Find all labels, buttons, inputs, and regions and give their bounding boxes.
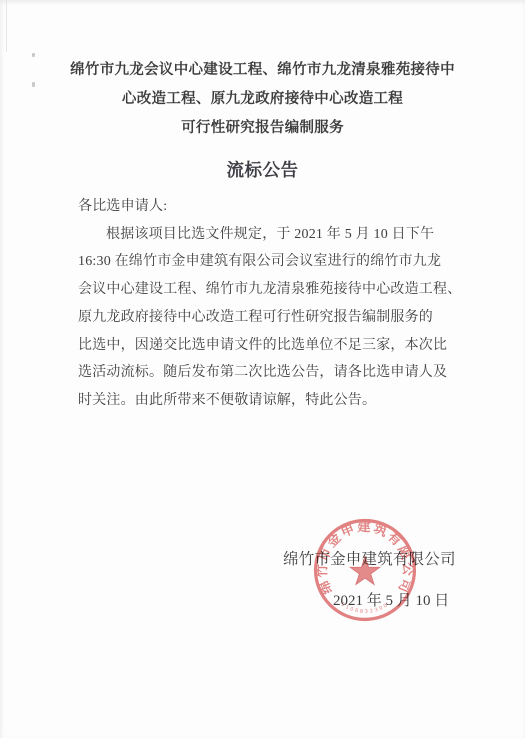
- title-line-2: 心改造工程、原九龙政府接待中心改造工程: [0, 85, 525, 114]
- notice-heading: 流标公告: [0, 157, 525, 182]
- body-line: 原九龙政府接待中心改造工程可行性研究报告编制服务的: [78, 304, 456, 332]
- body-line: 会议中心建设工程、绵竹市九龙清泉雅苑接待中心改造工程、: [78, 276, 456, 304]
- body-line: 选活动流标。随后发布第二次比选公告，请各比选申请人及: [78, 359, 456, 387]
- document-title: 绵竹市九龙会议中心建设工程、绵竹市九龙清泉雅苑接待中 心改造工程、原九龙政府接待…: [0, 56, 525, 142]
- title-line-1: 绵竹市九龙会议中心建设工程、绵竹市九龙清泉雅苑接待中: [0, 56, 525, 85]
- body-line: 比选中，因递交比选申请文件的比选单位不足三家，本次比: [78, 332, 456, 360]
- scanned-document-page: 绵竹市九龙会议中心建设工程、绵竹市九龙清泉雅苑接待中 心改造工程、原九龙政府接待…: [0, 0, 525, 738]
- issue-date: 2021 年 5 月 10 日: [333, 589, 449, 610]
- salutation-line: 各比选申请人:: [78, 193, 456, 221]
- issuer-company-name: 绵竹市金申建筑有限公司: [283, 547, 456, 569]
- body-line: 根据该项目比选文件规定，于 2021 年 5 月 10 日下午: [78, 221, 456, 249]
- notice-body: 各比选申请人: 根据该项目比选文件规定，于 2021 年 5 月 10 日下午 …: [78, 193, 456, 415]
- body-line: 16:30 在绵竹市金申建筑有限公司会议室进行的绵竹市九龙: [78, 248, 456, 276]
- scan-edge-artifact: [6, 0, 7, 52]
- body-line: 时关注。由此所带来不便敬请谅解，特此公告。: [78, 387, 456, 415]
- title-line-3: 可行性研究报告编制服务: [0, 114, 525, 143]
